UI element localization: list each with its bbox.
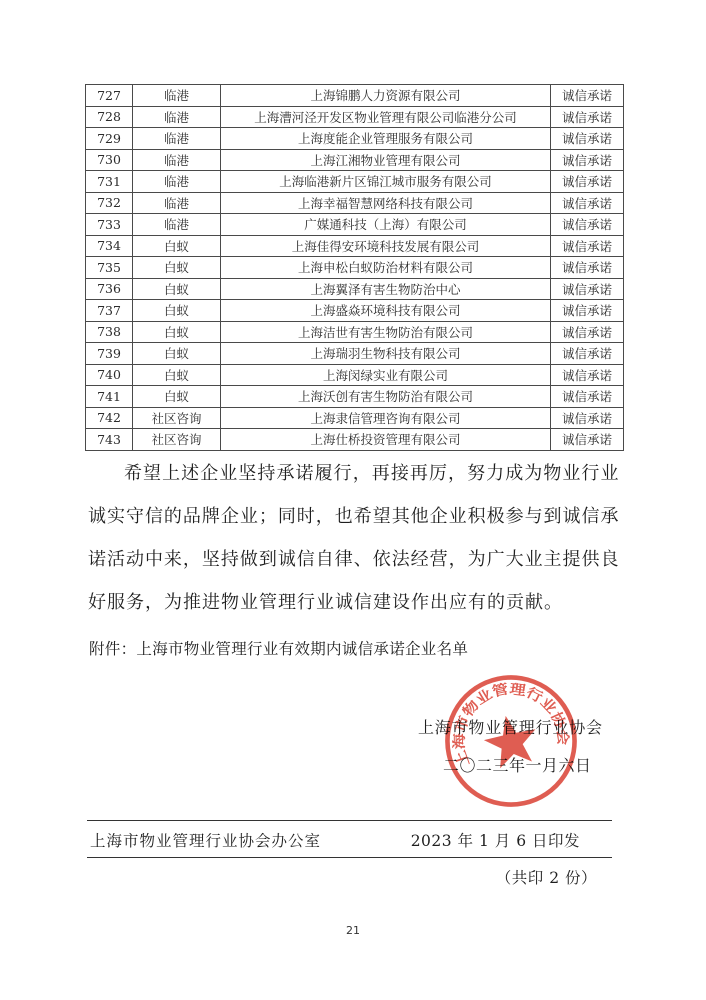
table-row: 739白蚁上海瑞羽生物科技有限公司诚信承诺 <box>86 343 624 365</box>
row-status: 诚信承诺 <box>551 278 624 300</box>
row-number: 733 <box>86 214 133 236</box>
paragraph-line: 诺活动中来，坚持做到诚信自律、依法经营，为广大业主提供良 <box>88 538 619 581</box>
row-number: 743 <box>86 429 133 451</box>
row-company-name: 上海漕河泾开发区物业管理有限公司临港分公司 <box>221 106 551 128</box>
row-category: 临港 <box>133 171 221 193</box>
table-row: 731临港上海临港新片区锦江城市服务有限公司诚信承诺 <box>86 171 624 193</box>
row-number: 728 <box>86 106 133 128</box>
row-company-name: 上海盛焱环境科技有限公司 <box>221 300 551 322</box>
row-company-name: 上海沃创有害生物防治有限公司 <box>221 386 551 408</box>
row-number: 729 <box>86 128 133 150</box>
table-row: 737白蚁上海盛焱环境科技有限公司诚信承诺 <box>86 300 624 322</box>
company-table-body: 727临港上海锦鹏人力资源有限公司诚信承诺728临港上海漕河泾开发区物业管理有限… <box>86 85 624 451</box>
row-category: 临港 <box>133 214 221 236</box>
table-row: 734白蚁上海佳得安环境科技发展有限公司诚信承诺 <box>86 235 624 257</box>
row-category: 临港 <box>133 85 221 107</box>
row-category: 白蚁 <box>133 300 221 322</box>
row-status: 诚信承诺 <box>551 128 624 150</box>
table-row: 727临港上海锦鹏人力资源有限公司诚信承诺 <box>86 85 624 107</box>
row-company-name: 上海申松白蚁防治材料有限公司 <box>221 257 551 279</box>
paragraph-line: 诚实守信的品牌企业；同时，也希望其他企业积极参与到诚信承 <box>88 495 619 538</box>
footer-row: 上海市物业管理行业协会办公室 2023 年 1 月 6 日印发 <box>87 824 612 855</box>
row-category: 临港 <box>133 106 221 128</box>
paragraph-line: 希望上述企业坚持承诺履行，再接再厉，努力成为物业行业 <box>88 452 619 495</box>
signature-date: 二〇二三年一月六日 <box>443 753 592 776</box>
table-row: 743社区咨询上海仕桥投资管理有限公司诚信承诺 <box>86 429 624 451</box>
row-company-name: 上海仕桥投资管理有限公司 <box>221 429 551 451</box>
row-category: 社区咨询 <box>133 407 221 429</box>
table-row: 738白蚁上海洁世有害生物防治有限公司诚信承诺 <box>86 321 624 343</box>
row-category: 白蚁 <box>133 343 221 365</box>
table-row: 730临港上海江湘物业管理有限公司诚信承诺 <box>86 149 624 171</box>
row-company-name: 上海闵绿实业有限公司 <box>221 364 551 386</box>
row-status: 诚信承诺 <box>551 429 624 451</box>
row-status: 诚信承诺 <box>551 343 624 365</box>
table-row: 742社区咨询上海隶信管理咨询有限公司诚信承诺 <box>86 407 624 429</box>
row-status: 诚信承诺 <box>551 85 624 107</box>
table-row: 735白蚁上海申松白蚁防治材料有限公司诚信承诺 <box>86 257 624 279</box>
row-company-name: 上海佳得安环境科技发展有限公司 <box>221 235 551 257</box>
paragraph-line: 好服务，为推进物业管理行业诚信建设作出应有的贡献。 <box>88 581 619 624</box>
row-company-name: 上海幸福智慧网络科技有限公司 <box>221 192 551 214</box>
row-category: 白蚁 <box>133 386 221 408</box>
row-number: 739 <box>86 343 133 365</box>
row-number: 742 <box>86 407 133 429</box>
row-company-name: 上海洁世有害生物防治有限公司 <box>221 321 551 343</box>
row-status: 诚信承诺 <box>551 407 624 429</box>
official-seal-stamp-icon: 上海市物业管理行业协会 <box>429 659 593 823</box>
footer-divider-bottom <box>87 857 612 858</box>
row-number: 730 <box>86 149 133 171</box>
row-company-name: 上海瑞羽生物科技有限公司 <box>221 343 551 365</box>
attachment-line: 附件：上海市物业管理行业有效期内诚信承诺企业名单 <box>89 637 468 659</box>
row-status: 诚信承诺 <box>551 386 624 408</box>
row-company-name: 上海隶信管理咨询有限公司 <box>221 407 551 429</box>
row-category: 临港 <box>133 128 221 150</box>
table-row: 728临港上海漕河泾开发区物业管理有限公司临港分公司诚信承诺 <box>86 106 624 128</box>
row-category: 白蚁 <box>133 257 221 279</box>
row-number: 727 <box>86 85 133 107</box>
row-company-name: 上海度能企业管理服务有限公司 <box>221 128 551 150</box>
table-row: 733临港广媒通科技（上海）有限公司诚信承诺 <box>86 214 624 236</box>
footer-office: 上海市物业管理行业协会办公室 <box>87 829 321 851</box>
table-row: 736白蚁上海翼泽有害生物防治中心诚信承诺 <box>86 278 624 300</box>
row-number: 731 <box>86 171 133 193</box>
footer-divider-top <box>87 820 612 821</box>
row-category: 临港 <box>133 192 221 214</box>
table-row: 741白蚁上海沃创有害生物防治有限公司诚信承诺 <box>86 386 624 408</box>
row-company-name: 上海翼泽有害生物防治中心 <box>221 278 551 300</box>
row-category: 临港 <box>133 149 221 171</box>
row-company-name: 上海江湘物业管理有限公司 <box>221 149 551 171</box>
row-status: 诚信承诺 <box>551 235 624 257</box>
table-row: 740白蚁上海闵绿实业有限公司诚信承诺 <box>86 364 624 386</box>
row-number: 735 <box>86 257 133 279</box>
table-row: 732临港上海幸福智慧网络科技有限公司诚信承诺 <box>86 192 624 214</box>
row-status: 诚信承诺 <box>551 149 624 171</box>
row-company-name: 广媒通科技（上海）有限公司 <box>221 214 551 236</box>
closing-paragraph: 希望上述企业坚持承诺履行，再接再厉，努力成为物业行业 诚实守信的品牌企业；同时，… <box>88 452 619 624</box>
row-status: 诚信承诺 <box>551 257 624 279</box>
signature-issuer: 上海市物业管理行业协会 <box>418 715 603 738</box>
company-table: 727临港上海锦鹏人力资源有限公司诚信承诺728临港上海漕河泾开发区物业管理有限… <box>85 84 624 451</box>
row-number: 741 <box>86 386 133 408</box>
row-status: 诚信承诺 <box>551 364 624 386</box>
footer-print-date: 2023 年 1 月 6 日印发 <box>411 829 612 851</box>
row-status: 诚信承诺 <box>551 192 624 214</box>
row-number: 736 <box>86 278 133 300</box>
table-row: 729临港上海度能企业管理服务有限公司诚信承诺 <box>86 128 624 150</box>
row-status: 诚信承诺 <box>551 171 624 193</box>
document-page: 727临港上海锦鹏人力资源有限公司诚信承诺728临港上海漕河泾开发区物业管理有限… <box>0 0 706 1000</box>
row-number: 732 <box>86 192 133 214</box>
row-category: 白蚁 <box>133 235 221 257</box>
row-status: 诚信承诺 <box>551 214 624 236</box>
row-status: 诚信承诺 <box>551 300 624 322</box>
row-status: 诚信承诺 <box>551 106 624 128</box>
row-category: 白蚁 <box>133 321 221 343</box>
row-category: 白蚁 <box>133 364 221 386</box>
row-number: 738 <box>86 321 133 343</box>
row-category: 白蚁 <box>133 278 221 300</box>
row-company-name: 上海临港新片区锦江城市服务有限公司 <box>221 171 551 193</box>
row-number: 740 <box>86 364 133 386</box>
footer-copies: （共印 2 份） <box>496 866 597 888</box>
page-number: 21 <box>0 924 706 937</box>
row-company-name: 上海锦鹏人力资源有限公司 <box>221 85 551 107</box>
row-category: 社区咨询 <box>133 429 221 451</box>
row-status: 诚信承诺 <box>551 321 624 343</box>
row-number: 737 <box>86 300 133 322</box>
row-number: 734 <box>86 235 133 257</box>
